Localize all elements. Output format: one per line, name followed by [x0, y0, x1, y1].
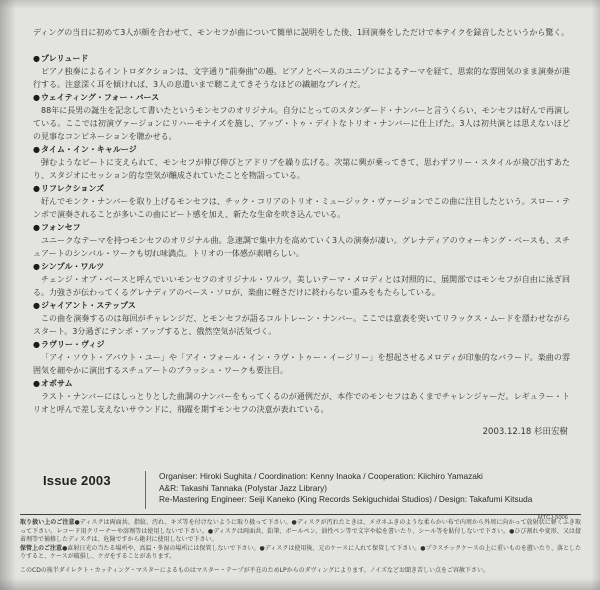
credits-line: Organiser: Hiroki Sughita / Coordination…: [159, 471, 532, 483]
dubbing-notice: このCDの後半ダイレクト・カッティング・マスターによるものはマスター・テープが不…: [20, 567, 581, 576]
vertical-divider: [145, 471, 146, 509]
issue-section: Issue 2003 Organiser: Hiroki Sughita / C…: [33, 471, 570, 509]
track-item: ●プレリュード ピアノ独奏によるイントロダクションは、文字通り“前奏曲”の趣。ピ…: [33, 52, 570, 91]
track-item: ●オポサム ラスト・ナンバーにはしっとりとした曲調のナンバーをもってくるのが通例…: [33, 377, 570, 416]
track-title: ●タイム・イン・キャルージ: [33, 143, 570, 156]
track-description: ラスト・ナンバーにはしっとりとした曲調のナンバーをもってくるのが通例だが、本作で…: [33, 390, 570, 416]
track-title: ●リフレクションズ: [33, 182, 570, 195]
storage-notice-text: ●直射日光の当たる場所や、高温・多湿の場所には保管しないで下さい。●ディスクは使…: [20, 545, 581, 561]
track-description: この曲を演奏するのは毎回がチャレンジだ、とモンセフが語るコルトレーン・ナンバー。…: [33, 312, 570, 338]
bullet-icon: ●: [33, 262, 40, 271]
track-description: ユニークなテーマを持つモンセフのオリジナル曲。急速調で集中力を高めていく3人の演…: [33, 234, 570, 260]
track-item: ●タイム・イン・キャルージ 弾むようなビートに支えられて、モンセフが伸び伸びとア…: [33, 143, 570, 182]
track-title: ●プレリュード: [33, 52, 570, 65]
handling-notice-text: ●ディスクは両面共、指紋、汚れ、キズ等を付けないように取り扱って下さい。●ディス…: [20, 519, 581, 543]
bullet-icon: ●: [33, 184, 40, 193]
track-title: ●ジャイアント・ステップス: [33, 299, 570, 312]
track-description: ピアノ独奏によるイントロダクションは、文字通り“前奏曲”の趣。ピアノとベースのユ…: [33, 65, 570, 91]
bullet-icon: ●: [33, 379, 40, 388]
liner-notes-body: ディングの当日に初めて3人が顔を合わせて、モンセフが曲について簡単に説明をした後…: [33, 26, 570, 531]
track-title-text: プレリュード: [41, 54, 88, 63]
track-title: ●フォンセフ: [33, 221, 570, 234]
handling-notice-label: 取り扱い上のご注意: [20, 519, 75, 526]
track-title: ●ラヴリー・ヴィジ: [33, 338, 570, 351]
track-item: ●ラヴリー・ヴィジ 「アイ・ソウト・アバウト・ユー」や「アイ・フォール・イン・ラ…: [33, 338, 570, 377]
bullet-icon: ●: [33, 340, 40, 349]
signature-date: 2003.12.18 杉田宏樹: [33, 426, 570, 439]
track-description: 88年に長男の誕生を記念して書いたというモンセフのオリジナル。自分にとってのスタ…: [33, 104, 570, 143]
track-title-text: シンプル・ワルツ: [41, 262, 104, 271]
bullet-icon: ●: [33, 54, 40, 63]
track-title-text: ジャイアント・ステップス: [41, 301, 136, 310]
track-description: 「アイ・ソウト・アバウト・ユー」や「アイ・フォール・イン・ラヴ・トゥー・イージリ…: [33, 351, 570, 377]
scan-edge-shadow-bottom: [0, 578, 600, 590]
track-item: ●ジャイアント・ステップス この曲を演奏するのは毎回がチャレンジだ、とモンセフが…: [33, 299, 570, 338]
liner-notes-page: ディングの当日に初めて3人が顔を合わせて、モンセフが曲について簡単に説明をした後…: [0, 0, 600, 590]
bullet-icon: ●: [33, 301, 40, 310]
bullet-icon: ●: [33, 145, 40, 154]
footer-notices: 取り扱い上のご注意●ディスクは両面共、指紋、汚れ、キズ等を付けないように取り扱っ…: [20, 514, 581, 576]
track-item: ●フォンセフ ユニークなテーマを持つモンセフのオリジナル曲。急速調で集中力を高め…: [33, 221, 570, 260]
issue-label: Issue 2003: [43, 471, 145, 487]
track-title-text: フォンセフ: [41, 223, 81, 232]
track-description: チェンジ・オブ・ベースと呼んでいいモンセフのオリジナル・ワルツ。美しいテーマ・メ…: [33, 273, 570, 299]
track-item: ●シンプル・ワルツ チェンジ・オブ・ベースと呼んでいいモンセフのオリジナル・ワル…: [33, 260, 570, 299]
bullet-icon: ●: [33, 93, 40, 102]
credits-block: Organiser: Hiroki Sughita / Coordination…: [159, 471, 532, 506]
track-item: ●リフレクションズ 好んでモンク・ナンバーを取り上げるモンセフは、チック・コリア…: [33, 182, 570, 221]
storage-notice: 保管上のご注意●直射日光の当たる場所や、高温・多湿の場所には保管しないで下さい。…: [20, 545, 581, 562]
track-item: ●ウェイティング・フォー・バース 88年に長男の誕生を記念して書いたというモンセ…: [33, 91, 570, 143]
bullet-icon: ●: [33, 223, 40, 232]
track-title: ●オポサム: [33, 377, 570, 390]
track-title: ●ウェイティング・フォー・バース: [33, 91, 570, 104]
credits-line: Re-Mastering Engineer: Seiji Kaneko (Kin…: [159, 494, 532, 506]
track-description: 好んでモンク・ナンバーを取り上げるモンセフは、チック・コリアのトリオ・ミュージッ…: [33, 195, 570, 221]
credits-line: A&R: Takashi Tannaka (Polystar Jazz Libr…: [159, 483, 532, 495]
track-title-text: ウェイティング・フォー・バース: [41, 93, 159, 102]
handling-notice: 取り扱い上のご注意●ディスクは両面共、指紋、汚れ、キズ等を付けないように取り扱っ…: [20, 519, 581, 545]
track-title-text: オポサム: [41, 379, 73, 388]
track-title-text: タイム・イン・キャルージ: [41, 145, 137, 154]
scan-edge-shadow-left: [0, 0, 16, 590]
track-description: 弾むようなビートに支えられて、モンセフが伸び伸びとアドリブを繰り広げる。次第に興…: [33, 156, 570, 182]
track-title-text: リフレクションズ: [41, 184, 104, 193]
track-title-text: ラヴリー・ヴィジ: [41, 340, 105, 349]
scan-edge-shadow-right: [591, 0, 600, 590]
intro-paragraph: ディングの当日に初めて3人が顔を合わせて、モンセフが曲について簡単に説明をした後…: [33, 26, 570, 39]
storage-notice-label: 保管上のご注意: [20, 545, 62, 552]
track-title: ●シンプル・ワルツ: [33, 260, 570, 273]
scan-edge-shadow-top: [0, 0, 600, 9]
